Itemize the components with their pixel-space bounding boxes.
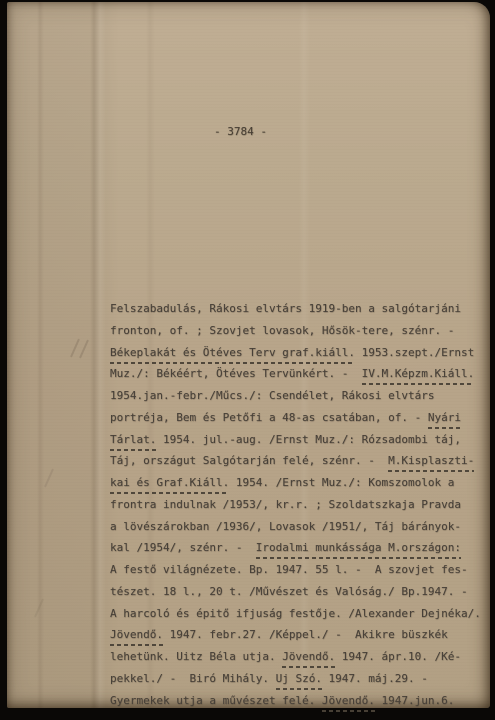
text-line: kai és Graf.Kiáll. 1954. /Ernst Muz./: K… (110, 472, 490, 494)
text-line: frontra indulnak /1953/, kr.r. ; Szoldat… (110, 494, 490, 516)
text-line: Muz./: Békéért, Ötéves Tervünkért. - IV.… (110, 363, 490, 385)
text-line: portréja, Bem és Petőfi a 48-as csatában… (110, 407, 490, 429)
underlined-text-segment: M.Kisplaszti- (388, 454, 474, 472)
text-line: Táj, országut Salgótarján felé, szénr. -… (110, 450, 490, 472)
underlined-text-segment: Békeplakát és Ötéves Terv graf.kiáll. (110, 346, 355, 364)
text-segment: pekkel./ - Biró Mihály. (110, 672, 276, 685)
text-segment: 1954. /Ernst Muz./: Komszomolok a (229, 476, 454, 489)
text-line: pekkel./ - Biró Mihály. Uj Szó. 1947. má… (110, 668, 490, 690)
scanned-document-view: - 3784 - Felszabadulás, Rákosi elvtárs 1… (0, 0, 495, 720)
pencil-mark (79, 339, 89, 358)
text-line: fronton, of. ; Szovjet lovasok, Hősök-te… (110, 320, 490, 342)
underlined-text-segment: kai és Graf.Kiáll. (110, 476, 229, 494)
text-segment: A festő világnézete. Bp. 1947. 55 l. - A… (110, 563, 468, 576)
text-line: Gyermekek utja a művészet felé. Jövendő.… (110, 690, 490, 712)
text-segment: a lövészárokban /1936/, Lovasok /1951/, … (110, 520, 461, 533)
text-segment: Muz./: Békéért, Ötéves Tervünkért. - (110, 367, 362, 380)
text-segment: 1947. febr.27. /Képpel./ - Akikre büszké… (163, 628, 448, 641)
pencil-mark (70, 338, 80, 357)
typewritten-text: Felszabadulás, Rákosi elvtárs 1919-ben a… (110, 298, 490, 711)
underlined-text-segment: Irodalmi munkássága M.országon: (256, 541, 461, 559)
text-line: lehetünk. Uitz Béla utja. Jövendő. 1947.… (110, 646, 490, 668)
text-segment: kal /1954/, szénr. - (110, 541, 256, 554)
page-number: - 3784 - (214, 125, 267, 138)
underlined-text-segment: Uj Szó. (276, 672, 322, 690)
text-line: tészet. 18 l., 20 t. /Művészet és Valósá… (110, 581, 490, 603)
underlined-text-segment: Tárlat. (110, 433, 156, 451)
text-segment: Gyermekek utja a művészet felé. (110, 694, 322, 707)
underlined-text-segment: Nyári (428, 411, 461, 429)
text-segment: frontra indulnak /1953/, kr.r. ; Szoldat… (110, 498, 461, 511)
text-segment: 1947.jun.6. (375, 694, 454, 707)
text-segment: 1953.szept./Ernst (355, 346, 474, 359)
underlined-text-segment: IV.M.Képzm.Kiáll. (362, 367, 475, 385)
pencil-mark (34, 598, 44, 617)
text-segment: fronton, of. ; Szovjet lovasok, Hősök-te… (110, 324, 454, 337)
text-segment: lehetünk. Uitz Béla utja. (110, 650, 282, 663)
underlined-text-segment: Jövendő. (282, 650, 335, 668)
text-segment: Táj, országut Salgótarján felé, szénr. - (110, 454, 388, 467)
text-segment: tészet. 18 l., 20 t. /Művészet és Valósá… (110, 585, 468, 598)
text-line: Jövendő. 1947. febr.27. /Képpel./ - Akik… (110, 624, 490, 646)
text-segment: Felszabadulás, Rákosi elvtárs 1919-ben a… (110, 302, 461, 315)
underlined-text-segment: Jövendő. (110, 628, 163, 646)
text-segment: 1947. máj.29. - (322, 672, 428, 685)
text-segment: 1947. ápr.10. /Ké- (335, 650, 461, 663)
text-line: Felszabadulás, Rákosi elvtárs 1919-ben a… (110, 298, 490, 320)
text-segment: A harcoló és épitő ifjuság festője. /Ale… (110, 607, 481, 620)
underlined-text-segment: Jövendő. (322, 694, 375, 712)
text-line: kal /1954/, szénr. - Irodalmi munkássága… (110, 537, 490, 559)
document-page: - 3784 - Felszabadulás, Rákosi elvtárs 1… (7, 2, 490, 708)
text-line: Tárlat. 1954. jul.-aug. /Ernst Muz./: Ró… (110, 429, 490, 451)
text-segment: portréja, Bem és Petőfi a 48-as csatában… (110, 411, 428, 424)
text-line: A harcoló és épitő ifjuság festője. /Ale… (110, 603, 490, 625)
text-segment: 1954. jul.-aug. /Ernst Muz./: Rózsadombi… (156, 433, 461, 446)
text-segment: 1954.jan.-febr./Műcs./: Csendélet, Rákos… (110, 389, 435, 402)
text-line: 1954.jan.-febr./Műcs./: Csendélet, Rákos… (110, 385, 490, 407)
text-line: Békeplakát és Ötéves Terv graf.kiáll. 19… (110, 342, 490, 364)
text-line: a lövészárokban /1936/, Lovasok /1951/, … (110, 516, 490, 538)
pencil-mark (44, 468, 54, 487)
text-line: A festő világnézete. Bp. 1947. 55 l. - A… (110, 559, 490, 581)
